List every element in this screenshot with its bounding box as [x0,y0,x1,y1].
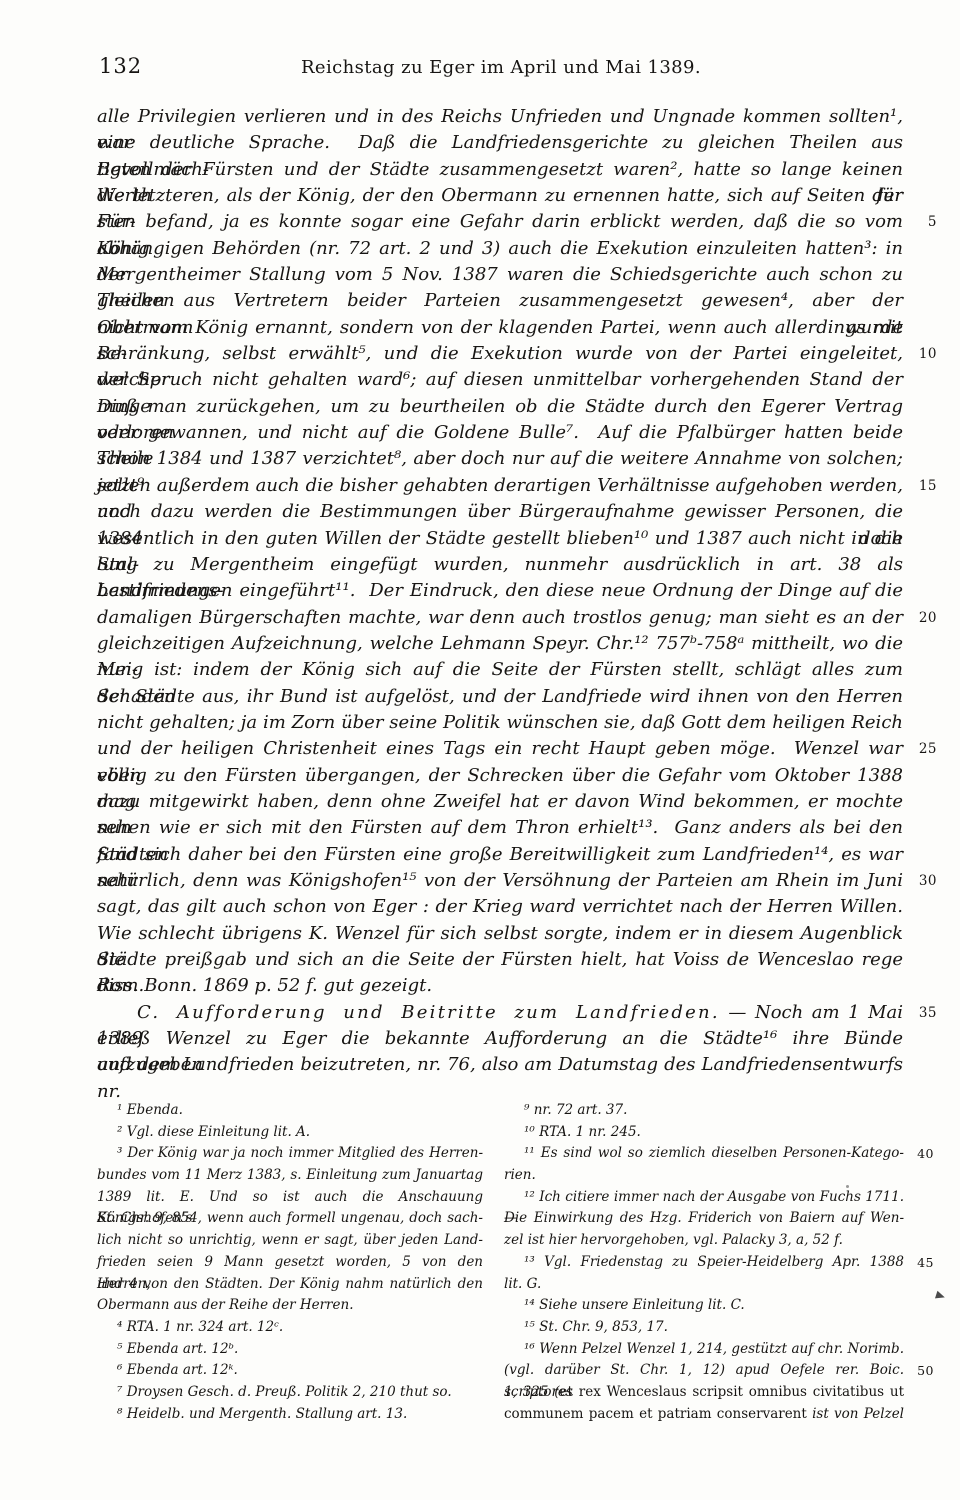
text-segment: damaligen Bürgerschaften machte, war den… [97,607,903,628]
text-line: oder gewannen, und nicht auf die Goldene… [97,420,903,446]
text-segment: lit. G. [504,1276,541,1292]
text-line: wesentlich in den guten Willen der Städt… [97,526,903,552]
text-line: schränkung, selbst erwählt⁵, und die Exe… [97,341,903,367]
book-page: 132 Reichstag zu Eger im April und Mai 1… [0,0,960,1500]
text-line: sagt, das gilt auch schon von Eger : der… [97,894,903,920]
text-line: sehen wie er sich mit den Fürsten auf de… [97,815,903,841]
text-segment: ² Vgl. diese Einleitung lit. A. [117,1124,310,1140]
scan-speck [846,1185,849,1188]
footnote-line: lich nicht so unrichtig, wenn er sagt, ü… [97,1230,483,1252]
text-segment: bestimmungen eingeführt¹¹. Der Eindruck,… [97,580,903,601]
text-segment: lich nicht so unrichtig, wenn er sagt, ü… [97,1232,483,1248]
text-segment: ¹⁶ Wenn Pelzel Wenzel 1, 214, gestützt a… [524,1341,904,1357]
text-line: schon 1384 und 1387 verzichtet⁸, aber do… [97,446,903,472]
footnotes-left-column: ¹ Ebenda.² Vgl. diese Einleitung lit. A.… [97,1100,483,1425]
footnote-line: ¹ Ebenda. [97,1100,483,1122]
text-line: tigten der Fürsten und der Städte zusamm… [97,157,903,183]
running-title: Reichstag zu Eger im April und Mai 1389. [97,57,905,78]
text-line: fand sich daher bei den Fürsten eine gro… [97,842,903,868]
text-line: völlig zu den Fürsten übergangen, der Sc… [97,763,903,789]
margin-line-number: 35 [879,1000,937,1026]
margin-line-number: 15 [919,473,937,499]
text-line: lung zu Mergentheim eingefügt wurden, nu… [97,552,903,578]
footnote-line: lit. G. [504,1274,904,1296]
text-segment: ¹ Ebenda. [117,1102,183,1118]
text-segment: sagt, das gilt auch schon von Eger : der… [97,896,903,917]
text-segment: und dem Landfrieden beizutreten, nr. 76,… [97,1054,909,1101]
footnote-line: St. Chr. 9, 854, wenn auch formell ungen… [97,1208,483,1230]
footnote-line: ⁴ RTA. 1 nr. 324 art. 12ᶜ. [97,1317,483,1339]
footnote-line: communem pacem et patriam conservarent i… [504,1404,904,1426]
footnote-line: (vgl. darüber St. Chr. 1, 12) apud Oefel… [504,1360,904,1382]
text-segment: communem pacem et patriam conservarent [504,1406,807,1422]
margin-line-number: 50 [917,1360,934,1382]
text-line: nicht gehalten; ja im Zorn über seine Po… [97,710,903,736]
text-line: noch dazu werden die Bestimmungen über B… [97,499,903,525]
text-segment: rien. [504,1167,536,1183]
text-segment: Obermann aus der Reihe der Herren. [97,1297,354,1313]
text-segment: ¹⁰ RTA. 1 nr. 245. [524,1124,641,1140]
text-segment: ¹⁴ Siehe unsere Einleitung lit. C. [524,1297,745,1313]
text-line: damaligen Bürgerschaften machte, war den… [97,605,903,631]
main-text-block: alle Privilegien verlieren und in des Re… [97,104,903,1079]
text-segment: Die Einwirkung des Hzg. Friderich von Ba… [504,1210,904,1226]
text-line: alle Privilegien verlieren und in des Re… [97,104,903,130]
margin-line-number: 40 [897,1143,934,1165]
margin-line-number: 5 [928,209,937,235]
text-segment: St. Chr. 9, 854, wenn auch formell ungen… [97,1210,483,1226]
ink-mark [935,1291,946,1301]
footnote-line: ¹⁵ St. Chr. 9, 853, 17. [504,1317,904,1339]
text-line: nicht vom König ernannt, sondern von der… [97,315,903,341]
text-segment: ⁷ Droysen Gesch. d. Preuß. Politik 2, 21… [117,1384,452,1400]
text-line: eine deutliche Sprache. Daß die Landfrie… [97,130,903,156]
footnote-line: ¹⁴ Siehe unsere Einleitung lit. C. [504,1295,904,1317]
text-line: gleichzeitigen Aufzeichnung, welche Lehm… [97,631,903,657]
text-segment: ⁹ nr. 72 art. 37. [524,1102,627,1118]
text-segment: ¹⁵ St. Chr. 9, 853, 17. [524,1319,668,1335]
footnote-line: Obermann aus der Reihe der Herren. [97,1295,483,1317]
text-segment: ⁴ RTA. 1 nr. 324 art. 12ᶜ. [117,1319,283,1335]
text-segment: ist von Pelzel [807,1406,904,1422]
text-line: Städte preißgab und sich an die Seite de… [97,947,903,973]
text-segment: und 4 von den Städten. Der König nahm na… [97,1276,483,1292]
text-segment: et rex Wenceslaus scripsit omnibus civit… [560,1384,904,1400]
page-header: 132 Reichstag zu Eger im April und Mai 1… [97,54,905,86]
footnote-line: ⁷ Droysen Gesch. d. Preuß. Politik 2, 21… [97,1382,483,1404]
footnote-line: zel ist hier hervorgehoben, vgl. Palacky… [504,1230,904,1252]
text-segment: ¹³ Vgl. Friedenstag zu Speier-Heidelberg… [524,1254,904,1270]
text-line: muß man zurückgehen, um zu beurtheilen o… [97,394,903,420]
text-segment: der Städte aus, ihr Bund ist aufgelöst, … [97,686,903,707]
footnotes-right-column: ⁹ nr. 72 art. 37.¹⁰ RTA. 1 nr. 245.¹¹ Es… [504,1100,904,1425]
text-line: die letzteren, als der König, der den Ob… [97,183,903,209]
text-segment: ¹¹ Es sind wol so ziemlich dieselben Per… [524,1145,904,1161]
text-line: C. Aufforderung und Beitritte zum Landfr… [97,1000,903,1026]
text-segment: diss. Bonn. 1869 p. 52 f. gut gezeigt. [97,975,432,996]
footnote-line: ² Vgl. diese Einleitung lit. A. [97,1122,483,1144]
text-line: und der heiligen Christenheit eines Tags… [97,736,903,762]
text-segment: zel ist hier hervorgehoben, vgl. Palacky… [504,1232,843,1248]
text-line: sten befand, ja es konnte sogar eine Gef… [97,209,903,235]
footnote-line: ¹¹ Es sind wol so ziemlich dieselben Per… [504,1143,904,1165]
text-line: dazu mitgewirkt haben, denn ohne Zweifel… [97,789,903,815]
footnote-line: ⁸ Heidelb. und Mergenth. Stallung art. 1… [97,1404,483,1426]
text-segment: nicht gehalten; ja im Zorn über seine Po… [97,712,903,733]
text-line: der Spruch nicht gehalten ward⁶; auf die… [97,367,903,393]
text-line: Wie schlecht übrigens K. Wenzel für sich… [97,921,903,947]
footnote-line: 1389 lit. E. Und so ist auch die Anschau… [97,1187,483,1209]
text-segment: ⁸ Heidelb. und Mergenth. Stallung art. 1… [117,1406,407,1422]
margin-line-number: 20 [919,605,937,631]
text-segment: C. Aufforderung und Beitritte zum Landfr… [137,1002,720,1023]
text-line: sollen außerdem auch die bisher gehabten… [97,473,903,499]
footnote-line: Die Einwirkung des Hzg. Friderich von Ba… [504,1208,904,1230]
text-line: nung ist: indem der König sich auf die S… [97,657,903,683]
footnote-line: ⁶ Ebenda art. 12ᵏ. [97,1360,483,1382]
footnote-line: ⁹ nr. 72 art. 37. [504,1100,904,1122]
margin-line-number: 30 [919,868,937,894]
footnote-line: und 4 von den Städten. Der König nahm na… [97,1274,483,1296]
text-segment: natürlich, denn was Königshofen¹⁵ von de… [97,870,903,891]
footnote-line: 1, 325 (et rex Wenceslaus scripsit omnib… [504,1382,904,1404]
text-segment: bundes vom 11 Merz 1383, s. Einleitung z… [97,1167,483,1183]
footnote-line: ³ Der König war ja noch immer Mitglied d… [97,1143,483,1165]
text-line: bestimmungen eingeführt¹¹. Der Eindruck,… [97,578,903,604]
footnote-line: frieden seien 9 Mann gesetzt worden, 5 v… [97,1252,483,1274]
text-line: und dem Landfrieden beizutreten, nr. 76,… [97,1052,903,1078]
text-segment: ⁵ Ebenda art. 12ᵇ. [117,1341,238,1357]
margin-line-number: 25 [919,736,937,762]
margin-line-number: 45 [897,1252,934,1274]
footnote-line: ¹² Ich citiere immer nach der Ausgabe vo… [504,1187,904,1209]
margin-line-number: 10 [919,341,937,367]
text-line: der Städte aus, ihr Bund ist aufgelöst, … [97,684,903,710]
text-segment: ³ Der König war ja noch immer Mitglied d… [117,1145,483,1161]
text-line: erließ Wenzel zu Eger die bekannte Auffo… [97,1026,903,1052]
footnote-line: ¹⁰ RTA. 1 nr. 245. [504,1122,904,1144]
text-line: Mergentheimer Stallung vom 5 Nov. 1387 w… [97,262,903,288]
footnote-line: ¹³ Vgl. Friedenstag zu Speier-Heidelberg… [504,1252,904,1274]
footnote-line: bundes vom 11 Merz 1383, s. Einleitung z… [97,1165,483,1187]
footnote-line: rien. [504,1165,904,1187]
text-segment: ⁶ Ebenda art. 12ᵏ. [117,1362,238,1378]
text-line: diss. Bonn. 1869 p. 52 f. gut gezeigt. [97,973,903,999]
text-line: natürlich, denn was Königshofen¹⁵ von de… [97,868,903,894]
text-line: Theilen aus Vertretern beider Parteien z… [97,288,903,314]
footnote-line: ⁵ Ebenda art. 12ᵇ. [97,1339,483,1361]
text-segment: 1, 325 ( [504,1384,560,1400]
text-line: abhängigen Behörden (nr. 72 art. 2 und 3… [97,236,903,262]
footnote-line: ¹⁶ Wenn Pelzel Wenzel 1, 214, gestützt a… [504,1339,904,1361]
